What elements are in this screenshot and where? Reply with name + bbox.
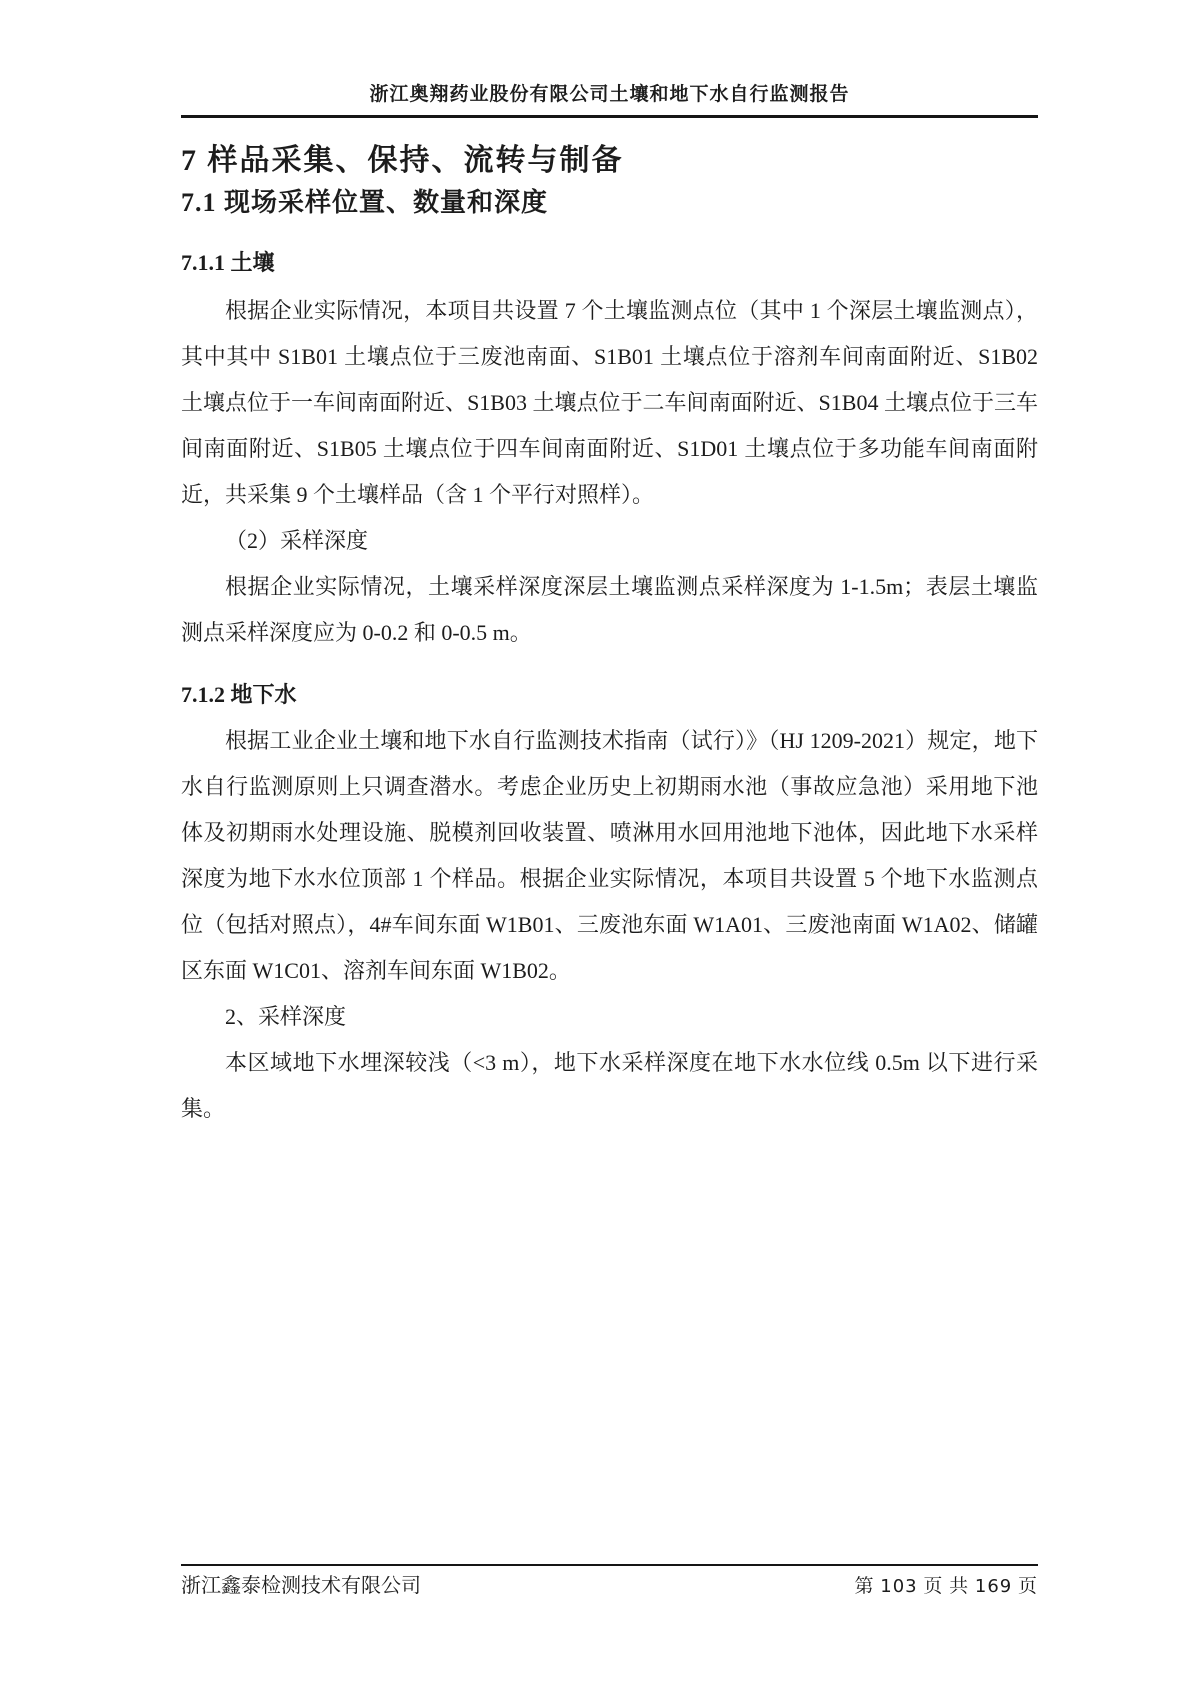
paragraph-groundwater-depth: 本区域地下水埋深较浅（<3 m），地下水采样深度在地下水水位线 0.5m 以下进…	[181, 1040, 1038, 1132]
page-content: 浙江奥翔药业股份有限公司土壤和地下水自行监测报告 7 样品采集、保持、流转与制备…	[181, 0, 1038, 1132]
report-page: 浙江奥翔药业股份有限公司土壤和地下水自行监测报告 7 样品采集、保持、流转与制备…	[0, 0, 1199, 1696]
report-title-header: 浙江奥翔药业股份有限公司土壤和地下水自行监测报告	[181, 82, 1038, 118]
page-header: 浙江奥翔药业股份有限公司土壤和地下水自行监测报告	[181, 0, 1038, 118]
subsection-heading-groundwater: 7.1.2 地下水	[181, 680, 1038, 710]
footer-page-total: 169	[975, 1576, 1012, 1597]
paragraph-soil-points: 根据企业实际情况，本项目共设置 7 个土壤监测点位（其中 1 个深层土壤监测点）…	[181, 288, 1038, 518]
chapter-heading: 7 样品采集、保持、流转与制备	[181, 142, 1038, 180]
paragraph-soil-depth: 根据企业实际情况，土壤采样深度深层土壤监测点采样深度为 1-1.5m；表层土壤监…	[181, 564, 1038, 656]
footer-company-name: 浙江鑫泰检测技术有限公司	[181, 1573, 421, 1599]
footer-page-suffix: 页	[1012, 1576, 1038, 1597]
subsection-heading-soil: 7.1.1 土壤	[181, 248, 1038, 278]
footer-page-indicator: 第 103 页 共 169 页	[854, 1574, 1038, 1600]
footer-page-prefix: 第	[854, 1576, 880, 1597]
section-heading: 7.1 现场采样位置、数量和深度	[181, 186, 1038, 220]
paragraph-soil-depth-label: （2）采样深度	[181, 518, 1038, 564]
footer-page-number: 103	[880, 1576, 917, 1597]
paragraph-groundwater-depth-label: 2、采样深度	[181, 994, 1038, 1040]
paragraph-groundwater-points: 根据工业企业土壤和地下水自行监测技术指南（试行）》（HJ 1209-2021）规…	[181, 718, 1038, 994]
footer-page-middle: 页 共	[918, 1576, 975, 1597]
page-footer: 浙江鑫泰检测技术有限公司 第 103 页 共 169 页	[181, 1564, 1038, 1600]
